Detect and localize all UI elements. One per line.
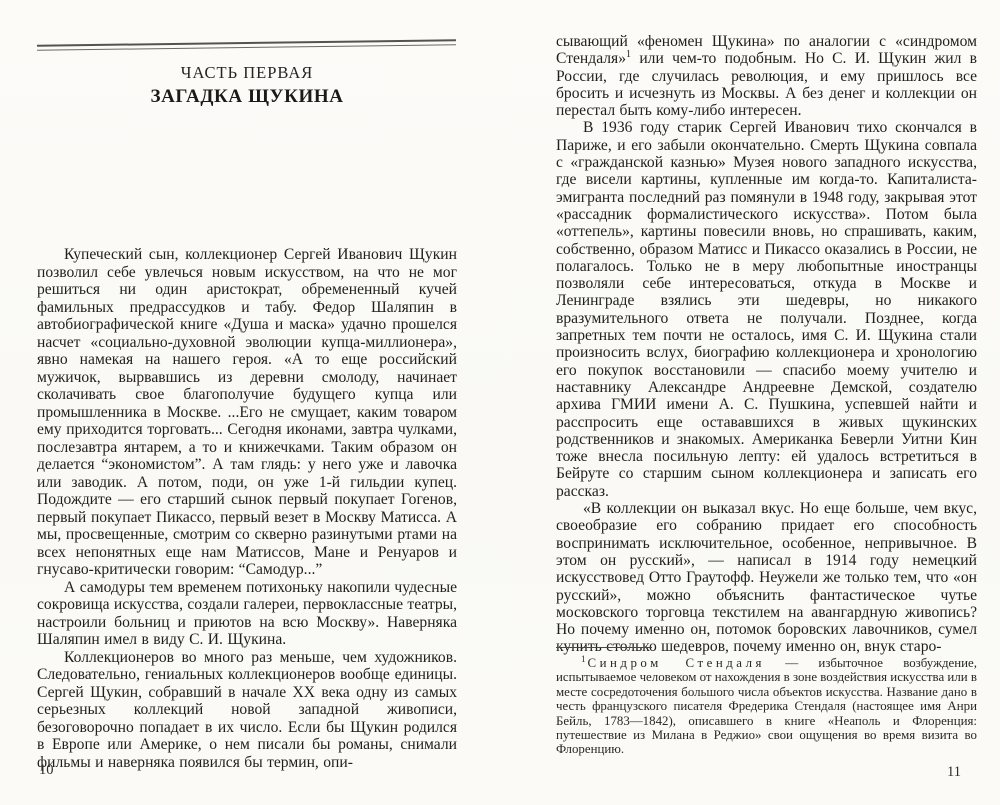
part-label: ЧАСТЬ ПЕРВАЯ bbox=[37, 63, 457, 83]
body-paragraph: «В коллекции он выказал вкус. Но еще бол… bbox=[556, 500, 977, 656]
part-opening-rule bbox=[37, 39, 456, 50]
footnote: 1Синдром Стендаля — избыточное возбужден… bbox=[556, 656, 977, 757]
page-number-left: 10 bbox=[39, 762, 54, 779]
footnote-marker: 1 bbox=[581, 654, 586, 664]
body-paragraph-continuation: сывающий «феномен Щукина» по аналогии с … bbox=[556, 33, 977, 119]
body-paragraph: А самодуры тем временем потихоньку накоп… bbox=[37, 579, 457, 649]
body-paragraph: Купеческий сын, коллекционер Сергей Иван… bbox=[37, 246, 457, 579]
page-number-right: 11 bbox=[947, 764, 961, 781]
right-page-body: сывающий «феномен Щукина» по аналогии с … bbox=[556, 33, 977, 656]
left-page-body: Купеческий сын, коллекционер Сергей Иван… bbox=[37, 246, 457, 771]
book-spread-scan: { "book": { "left_page": { "part_label":… bbox=[0, 0, 1000, 805]
footnote-separator bbox=[556, 647, 652, 648]
left-page: ЧАСТЬ ПЕРВАЯ ЗАГАДКА ЩУКИНА Купеческий с… bbox=[37, 0, 457, 805]
body-paragraph: В 1936 году старик Сергей Иванович тихо … bbox=[556, 119, 977, 500]
part-title: ЗАГАДКА ЩУКИНА bbox=[37, 86, 457, 108]
footnote-text: — избыточное возбуждение, испытываемое ч… bbox=[556, 656, 977, 756]
body-paragraph: Коллекционеров во много раз меньше, чем … bbox=[37, 649, 457, 772]
footnote-term: Синдром Стендаля bbox=[588, 656, 765, 670]
right-page: сывающий «феномен Щукина» по аналогии с … bbox=[556, 0, 977, 805]
